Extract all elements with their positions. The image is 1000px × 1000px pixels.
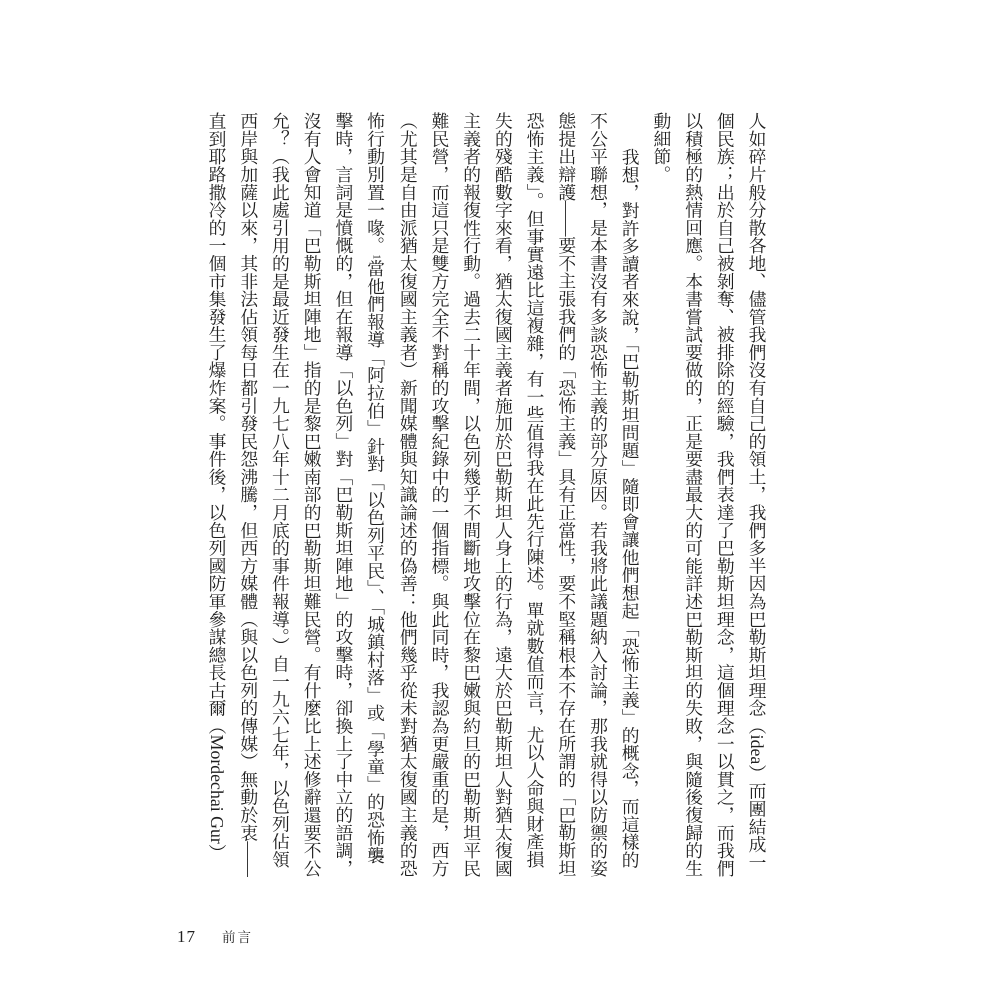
page-footer: 17 前言: [177, 926, 253, 947]
paragraph-continuation: 人如碎片般分散各地、儘管我們沒有自己的領土，我們多半因為巴勒斯坦理念（idea）…: [645, 112, 772, 878]
chapter-title: 前言: [222, 926, 253, 946]
page-text-block: 人如碎片般分散各地、儘管我們沒有自己的領土，我們多半因為巴勒斯坦理念（idea）…: [198, 112, 772, 878]
book-page: 人如碎片般分散各地、儘管我們沒有自己的領土，我們多半因為巴勒斯坦理念（idea）…: [0, 0, 1000, 1000]
paragraph-main: 我想，對許多讀者來說，「巴勒斯坦問題」隨即會讓他們想起「恐怖主義」的概念，而這樣…: [198, 112, 645, 878]
paragraph-main-text-after-footnote: 當他們報導「阿拉伯」針對「以色列平民」、「城鎮村落」或「學童」的恐怖襲擊時，言詞…: [198, 112, 386, 877]
paragraph-main-text-before-footnote: 我想，對許多讀者來說，「巴勒斯坦問題」隨即會讓他們想起「恐怖主義」的概念，而這樣…: [366, 112, 641, 877]
page-number: 17: [177, 927, 196, 947]
